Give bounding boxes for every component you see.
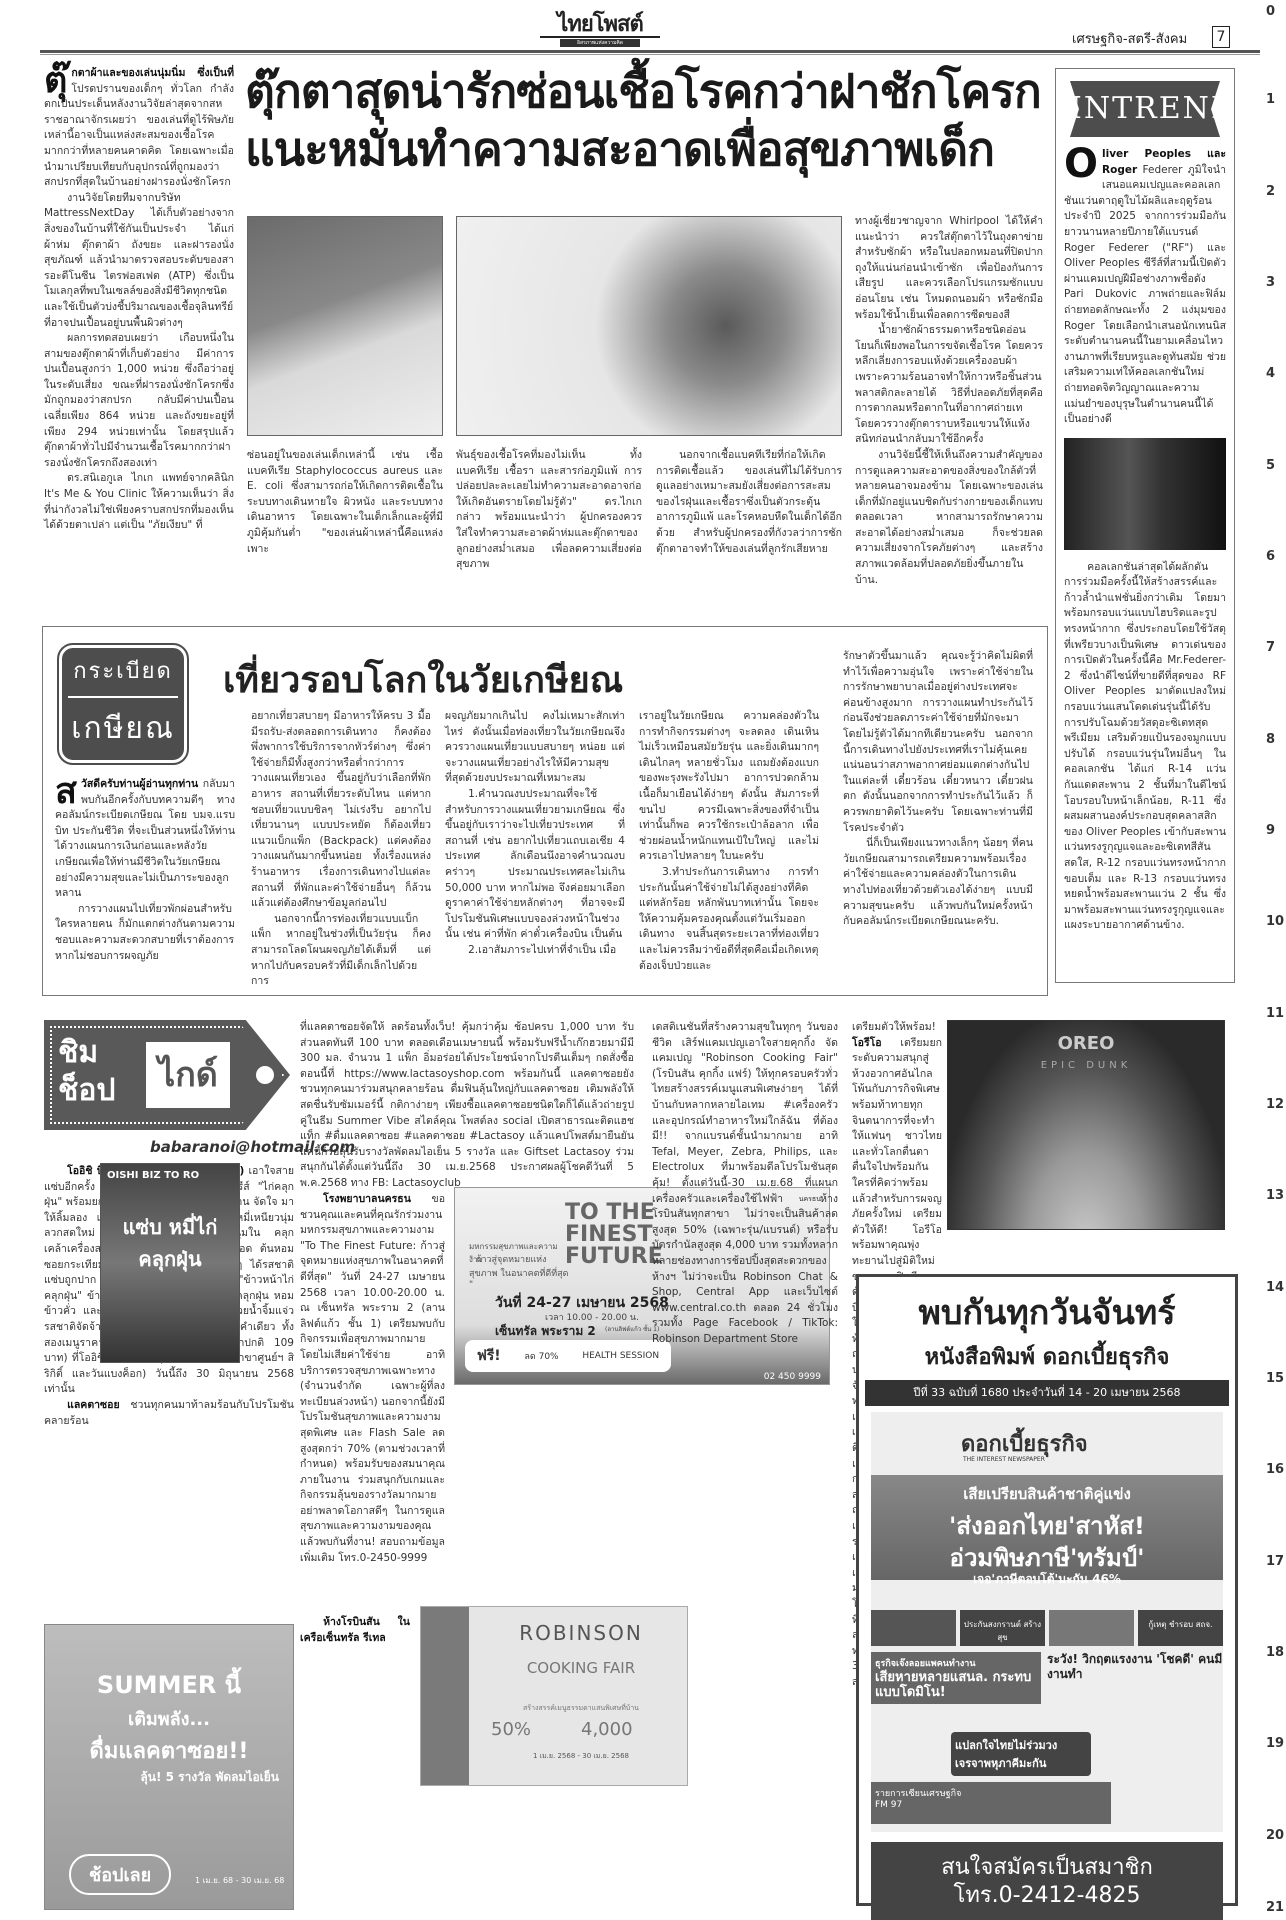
masthead: ไทยโพสต์ อิสรภาพแห่งความคิด bbox=[540, 12, 660, 46]
dolls-article-col3: พันธุ์ของเชื้อโรคที่มองไม่เห็น ทั้งแบคที… bbox=[456, 448, 642, 573]
subscribe-cta[interactable]: สนใจสมัครเป็นสมาชิก โทร.0-2412-4825 bbox=[871, 1842, 1223, 1920]
oreo-space-photo: OREO EPIC DUNK bbox=[947, 1020, 1225, 1230]
intrend-logo: INTREND bbox=[1070, 81, 1220, 137]
page-ruler: 0 1 2 3 4 5 6 7 8 9 10 11 12 13 14 15 16… bbox=[1254, 0, 1286, 1920]
toilet-photo bbox=[247, 216, 443, 436]
ruler-mark: 4 bbox=[1266, 366, 1275, 381]
ruler-mark: 7 bbox=[1266, 640, 1275, 655]
retirement-col4: เราอยู่ในวัยเกษียณ ความคล่องตัวในการทำกิ… bbox=[639, 709, 819, 974]
robinson-text: เดสติเนชันที่สร้างความสุขในทุกๆ วันของชี… bbox=[652, 1020, 838, 1347]
ruler-mark: 19 bbox=[1266, 1736, 1284, 1751]
dolls-article-col1: ตุ๊กตาผ้าและของเล่นนุ่มนิ่ม ซึ่งเป็นที่ … bbox=[44, 66, 234, 534]
ruler-mark: 16 bbox=[1266, 1462, 1284, 1477]
header-rule bbox=[40, 50, 1260, 53]
shop-guide-logo: ชิม ช็อป ไกด์ bbox=[44, 1020, 290, 1130]
retirement-col5: รักษาตัวขึ้นมาแล้ว คุณจะรู้ว่าคิดไม่ผิดท… bbox=[843, 649, 1033, 930]
ruler-mark: 2 bbox=[1266, 184, 1275, 199]
lactasoy-text: ที่แลคตาซอยจัดให้ ลดร้อนทั้งเว็บ! คุ้มกว… bbox=[300, 1020, 634, 1192]
section-name: เศรษฐกิจ-สตรี-สังคม bbox=[1072, 28, 1187, 49]
dolls-headline: ตุ๊กตาสุดน่ารักซ่อนเชื้อโรคกว่าฝาชักโครก… bbox=[245, 62, 1045, 178]
retirement-column: กระเบียด เกษียณ เที่ยวรอบโลกในวัยเกษียณ … bbox=[42, 626, 1048, 996]
dokbia-cover-image: ดอกเบี้ยธุรกิจ THE INTEREST NEWSPAPER เส… bbox=[871, 1412, 1223, 1832]
retirement-logo: กระเบียด เกษียณ bbox=[59, 645, 187, 763]
ruler-mark: 10 bbox=[1266, 914, 1284, 929]
ruler-mark: 12 bbox=[1266, 1097, 1284, 1112]
federer-photo bbox=[1064, 438, 1226, 550]
ruler-mark: 9 bbox=[1266, 823, 1275, 838]
ruler-mark: 6 bbox=[1266, 549, 1275, 564]
page-number: 7 bbox=[1212, 26, 1230, 48]
ruler-mark: 13 bbox=[1266, 1188, 1284, 1203]
retirement-headline: เที่ยวรอบโลกในวัยเกษียณ bbox=[223, 651, 623, 708]
lactasoy-summer-ad: SUMMER นี้ เติมพลัง... ดื่มแลคตาซอย!! ลุ… bbox=[44, 1624, 294, 1910]
retirement-col3: ผจญภัยมากเกินไป คงไม่เหมาะสักเท่าไหร่ ดั… bbox=[445, 709, 625, 959]
tag-hole-icon bbox=[256, 1066, 274, 1084]
ruler-mark: 14 bbox=[1266, 1280, 1284, 1295]
dolls-article-col2: ซ่อนอยู่ในของเล่นเด็กเหล่านี้ เช่น เชื้อ… bbox=[247, 448, 443, 557]
shop-now-button[interactable]: ช้อปเลย bbox=[69, 1854, 171, 1895]
ruler-mark: 17 bbox=[1266, 1554, 1284, 1569]
ruler-mark: 21 bbox=[1266, 1900, 1284, 1915]
dolls-article-col5: ทางผู้เชี่ยวชาญจาก Whirlpool ได้ให้คำแนะ… bbox=[855, 214, 1043, 588]
girl-teddy-photo bbox=[456, 216, 842, 436]
header-rule-thin bbox=[40, 54, 1260, 55]
dropcap: O bbox=[1064, 147, 1098, 181]
dolls-article-col4: นอกจากเชื้อแบคทีเรียที่ก่อให้เกิดการติดเ… bbox=[656, 448, 842, 557]
intrend-column: INTREND Oliver Peoples และ Roger Federer… bbox=[1055, 68, 1235, 983]
ruler-mark: 11 bbox=[1266, 1006, 1284, 1021]
dropcap: ส bbox=[55, 777, 77, 807]
ruler-mark: 18 bbox=[1266, 1645, 1284, 1660]
robinson-lead: ห้างโรบินสัน ในเครือเซ็นทรัล รีเทล bbox=[300, 1615, 410, 1646]
ruler-mark: 1 bbox=[1266, 92, 1275, 107]
robinson-cooking-fair-ad: ROBINSON COOKING FAIR สร้างสรรค์เมนูธรรม… bbox=[420, 1606, 688, 1786]
oishi-ad: OISHI BIZ TO RO แซ่บ หมี่ไก่ คลุกฝุ่น bbox=[100, 1163, 240, 1363]
intrend-text: Oliver Peoples และ Roger Federer ภูมิใจน… bbox=[1064, 147, 1226, 934]
ruler-mark: 20 bbox=[1266, 1828, 1284, 1843]
ruler-mark: 15 bbox=[1266, 1371, 1284, 1386]
ruler-mark: 0 bbox=[1266, 4, 1275, 19]
retirement-col2: อยากเที่ยวสบายๆ มีอาหารให้ครบ 3 มื้อ มีร… bbox=[251, 709, 431, 990]
dropcap: ตุ๊ bbox=[44, 66, 67, 96]
ruler-mark: 3 bbox=[1266, 275, 1275, 290]
retirement-col1: สวัสดีครับท่านผู้อ่านทุกท่าน กลับมาพบกัน… bbox=[55, 777, 235, 964]
dokbia-newspaper-ad: พบกันทุกวันจันทร์ หนังสือพิมพ์ ดอกเบี้ยธ… bbox=[856, 1274, 1238, 1906]
ruler-mark: 5 bbox=[1266, 458, 1275, 473]
nakhon-text: โรงพยาบาลนครธน ขอชวนคุณและคนที่คุณรักร่ว… bbox=[300, 1192, 445, 1566]
ruler-mark: 8 bbox=[1266, 732, 1275, 747]
newspaper-tagline: อิสรภาพแห่งความคิด bbox=[560, 39, 640, 47]
newspaper-logo: ไทยโพสต์ bbox=[540, 12, 660, 38]
hospital-phone: 02 450 9999 bbox=[764, 1372, 821, 1382]
